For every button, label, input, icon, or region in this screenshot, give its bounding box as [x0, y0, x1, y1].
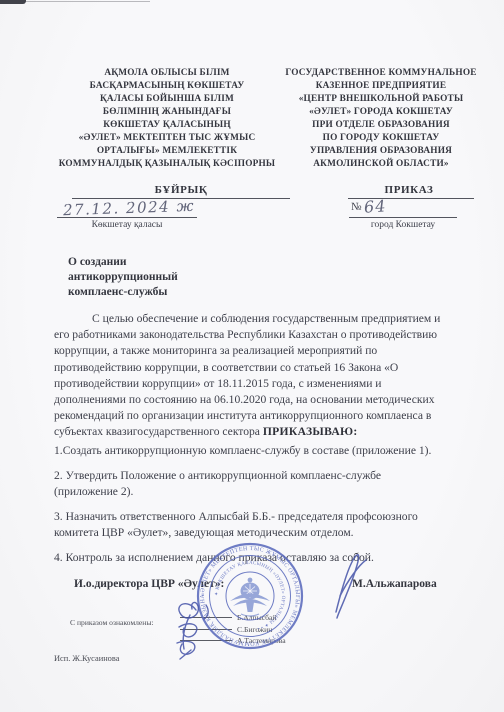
list-item: ПО ГОРОДУ КОКШЕТАУ — [283, 132, 479, 145]
executor-label: Исп. Ж.Кусаинова — [54, 654, 119, 663]
list-item: ПРИ ОТДЕЛЕ ОБРАЗОВАНИЯ — [283, 119, 479, 132]
list-item: комплаенс-службы — [68, 285, 288, 300]
list-item: ҚАЛАСЫ БОЙЫНША БІЛІМ — [48, 93, 286, 106]
list-item: 2. Утвердить Положение о антикоррупционн… — [54, 468, 470, 500]
order-title-kazakh: БҰЙРЫҚ — [72, 184, 290, 196]
list-item: 3. Назначить ответственного Алпысбай Б.Б… — [54, 509, 470, 541]
city-label-kazakh: Көкшетау қаласы — [57, 220, 197, 230]
number-rule — [349, 217, 457, 218]
list-item: ГОСУДАРСТВЕННОЕ КОММУНАЛЬНОЕ — [283, 67, 479, 80]
list-item: антикоррупционный — [68, 270, 288, 285]
order-preamble: С целью обеспечение и соблюдения государ… — [54, 311, 470, 441]
list-item: КОММУНАЛДЫҚ ҚАЗЫНАЛЫҚ КӘСІПОРНЫ — [48, 158, 286, 171]
order-subject: О созданииантикоррупционныйкомплаенс-слу… — [68, 255, 288, 300]
decree-word: ПРИКАЗЫВАЮ: — [263, 425, 358, 438]
date-rule — [57, 217, 197, 218]
handwritten-order-number: 64 — [363, 196, 387, 217]
letterhead-russian: ГОСУДАРСТВЕННОЕ КОММУНАЛЬНОЕКАЗЕННОЕ ПРЕ… — [283, 67, 479, 171]
acknowledgment-signatures — [166, 597, 238, 661]
list-item: УПРАВЛЕНИЯ ОБРАЗОВАНИЯ — [283, 145, 479, 158]
list-item: ОРТАЛЫҒЫ» МЕМЛЕКЕТТІК — [48, 145, 286, 158]
order-title-russian: ПРИКАЗ — [348, 184, 470, 196]
list-item: АҚМОЛА ОБЛЫСЫ БІЛІМ — [48, 67, 286, 80]
list-item: 1.Создать антикоррупционную комплаенс-сл… — [54, 443, 470, 459]
preamble-text: С целью обеспечение и соблюдения государ… — [54, 312, 440, 438]
scanned-order-document: АҚМОЛА ОБЛЫСЫ БІЛІМБАСҚАРМАСЫНЫҢ КӨКШЕТА… — [0, 0, 504, 712]
list-item: «ЦЕНТР ВНЕШКОЛЬНОЙ РАБОТЫ — [283, 93, 479, 106]
list-item: «ӘУЛЕТ» МЕКТЕПТЕН ТЫС ЖҰМЫС — [48, 132, 286, 145]
list-item: «ӘУЛЕТ» ГОРОДА КОКШЕТАУ — [283, 106, 479, 119]
director-signature — [316, 548, 372, 622]
list-item: АКМОЛИНСКОЙ ОБЛАСТИ» — [283, 158, 479, 171]
number-sign: № — [351, 201, 362, 213]
list-item: КӨКШЕТАУ ҚАЛАСЫНЫҢ — [48, 119, 286, 132]
handwritten-date: 27.12. 2024 ж — [63, 197, 196, 220]
city-label-russian: город Кокшетау — [349, 220, 457, 230]
letterhead-kazakh: АҚМОЛА ОБЛЫСЫ БІЛІМБАСҚАРМАСЫНЫҢ КӨКШЕТА… — [48, 67, 286, 171]
list-item: БӨЛІМІНІҢ ЖАНЫНДАҒЫ — [48, 106, 286, 119]
list-item: БАСҚАРМАСЫНЫҢ КӨКШЕТАУ — [48, 80, 286, 93]
scan-corner-artifact — [0, 0, 26, 4]
list-item: КАЗЕННОЕ ПРЕДПРИЯТИЕ — [283, 80, 479, 93]
list-item: О создании — [68, 255, 288, 270]
acknowledgment-label: С приказом ознакомлены: — [70, 618, 154, 627]
